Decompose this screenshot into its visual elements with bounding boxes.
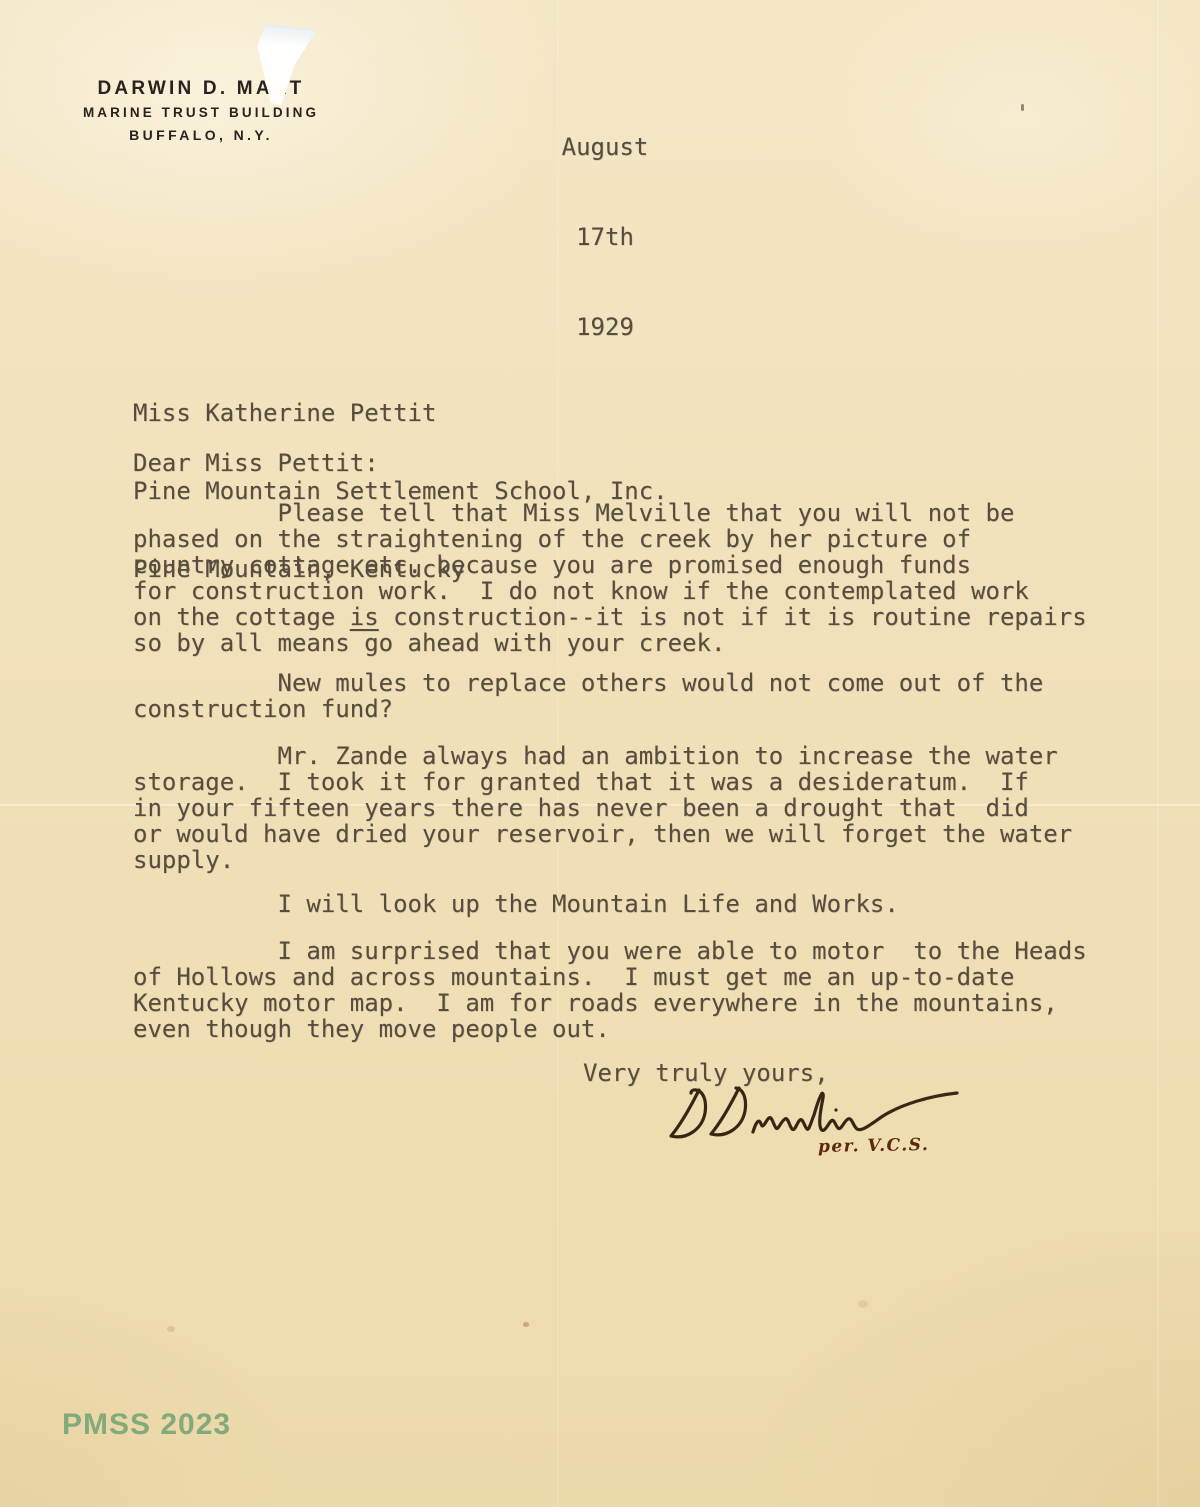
vertical-crease-right [1157, 0, 1159, 1507]
line-segment: I will look up the Mountain Life and Wor… [133, 890, 899, 918]
recipient-name: Miss Katherine Pettit [133, 400, 668, 426]
letter-line: country cottage etc. because you are pro… [133, 552, 1087, 578]
date-month: August [540, 132, 670, 162]
line-segment: construction fund? [133, 695, 393, 723]
letterhead-name: DARWIN D. MART [58, 76, 344, 101]
letter-line: on the cottage is construction--it is no… [133, 604, 1087, 630]
line-segment: of Hollows and across mountains. I must … [133, 963, 1014, 991]
letter-line: supply. [133, 847, 1072, 873]
paper-stain-speck [858, 1300, 868, 1308]
letter-line: New mules to replace others would not co… [133, 670, 1043, 696]
salutation: Dear Miss Pettit: [133, 450, 379, 476]
letter-line: Mr. Zande always had an ambition to incr… [133, 743, 1072, 769]
line-segment: so by all means go ahead with your creek… [133, 629, 725, 657]
letter-line: construction fund? [133, 696, 1043, 722]
letter-line: phased on the straightening of the creek… [133, 526, 1087, 552]
paragraph: New mules to replace others would not co… [133, 670, 1043, 722]
paragraph: I will look up the Mountain Life and Wor… [133, 891, 899, 917]
letter-line: so by all means go ahead with your creek… [133, 630, 1087, 656]
line-segment: for construction work. I do not know if … [133, 577, 1029, 605]
letter-line: even though they move people out. [133, 1016, 1087, 1042]
letterhead: DARWIN D. MART MARINE TRUST BUILDING BUF… [58, 76, 344, 147]
line-segment: in your fifteen years there has never be… [133, 794, 1029, 822]
letter-line: I am surprised that you were able to mot… [133, 938, 1087, 964]
letter-line: Please tell that Miss Melville that you … [133, 500, 1087, 526]
line-segment: New mules to replace others would not co… [133, 669, 1043, 697]
line-segment: phased on the straightening of the creek… [133, 525, 971, 553]
line-segment: Please tell that Miss Melville that you … [133, 499, 1014, 527]
archive-watermark: PMSS 2023 [62, 1408, 231, 1442]
line-segment: or would have dried your reservoir, then… [133, 820, 1072, 848]
line-segment: country cottage etc. because you are pro… [133, 551, 971, 579]
letter-line: Kentucky motor map. I am for roads every… [133, 990, 1087, 1016]
date-day: 17th [540, 222, 670, 252]
signature-per-initials: per. V.C.S. [818, 1135, 930, 1157]
letter-line: for construction work. I do not know if … [133, 578, 1087, 604]
paragraph: I am surprised that you were able to mot… [133, 938, 1087, 1042]
letterhead-building: MARINE TRUST BUILDING [58, 101, 344, 124]
line-segment: storage. I took it for granted that it w… [133, 768, 1029, 796]
letter-line: in your fifteen years there has never be… [133, 795, 1072, 821]
underlined-word: is [350, 603, 379, 631]
line-segment: construction--it is not if it is routine… [379, 603, 1087, 631]
paper-stain-speck [523, 1322, 529, 1327]
paper-ink-speck [1021, 104, 1024, 111]
line-segment: I am surprised that you were able to mot… [133, 937, 1087, 965]
line-segment: Mr. Zande always had an ambition to incr… [133, 742, 1058, 770]
paragraph: Mr. Zande always had an ambition to incr… [133, 743, 1072, 873]
paragraph: Please tell that Miss Melville that you … [133, 500, 1087, 656]
date-year: 1929 [540, 312, 670, 342]
scanned-letter-page: DARWIN D. MART MARINE TRUST BUILDING BUF… [0, 0, 1200, 1507]
letter-line: storage. I took it for granted that it w… [133, 769, 1072, 795]
letter-line: I will look up the Mountain Life and Wor… [133, 891, 899, 917]
letter-line: of Hollows and across mountains. I must … [133, 964, 1087, 990]
line-segment: on the cottage [133, 603, 350, 631]
letter-line: or would have dried your reservoir, then… [133, 821, 1072, 847]
line-segment: Kentucky motor map. I am for roads every… [133, 989, 1058, 1017]
line-segment: supply. [133, 846, 234, 874]
letterhead-city: BUFFALO, N.Y. [58, 124, 344, 147]
line-segment: even though they move people out. [133, 1015, 610, 1043]
paper-stain-speck [167, 1326, 175, 1332]
